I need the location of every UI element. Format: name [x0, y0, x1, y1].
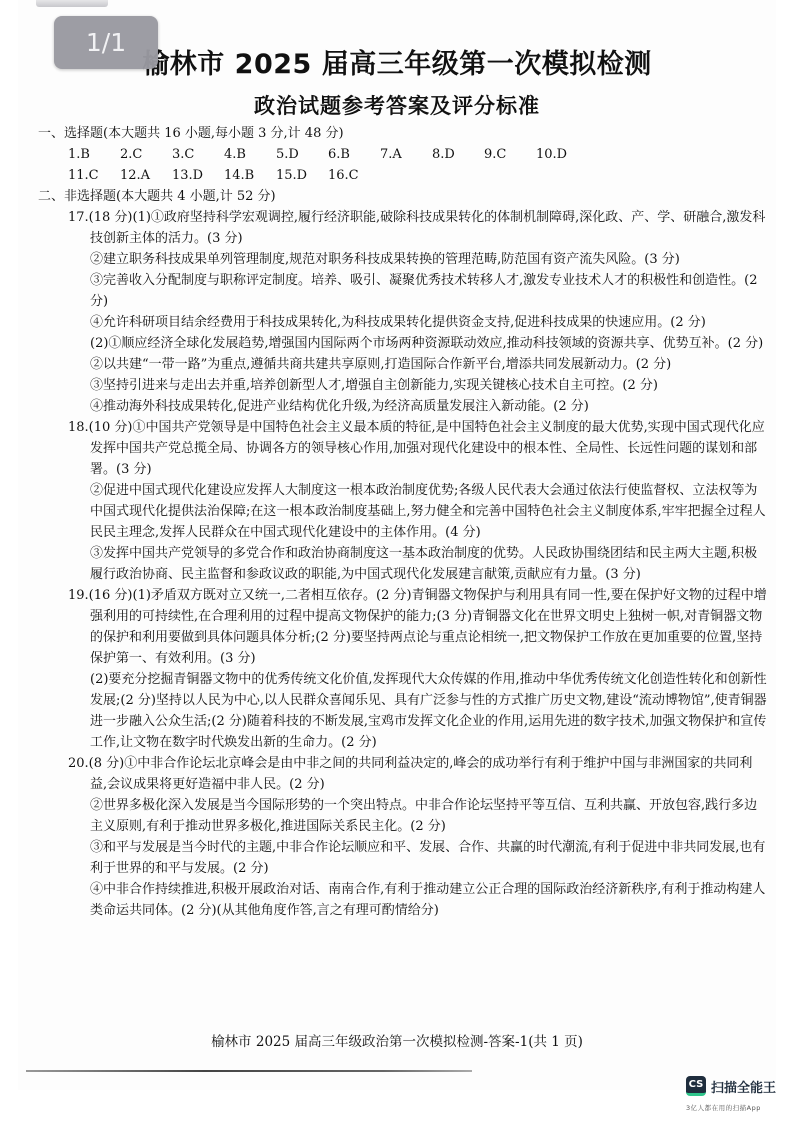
q18-point3: ③发挥中国共产党领导的多党合作和政治协商制度这一基本政治制度的优势。人民政协围绕…	[68, 543, 768, 585]
mc-answer: 15.D	[276, 165, 328, 186]
mc-answer: 5.D	[276, 144, 328, 165]
q20-point3: ③和平与发展是当今时代的主题,中非合作论坛顺应和平、发展、合作、共赢的时代潮流,…	[68, 837, 768, 879]
mc-answer: 16.C	[328, 165, 380, 186]
question-20: 20.(8 分)①中非合作论坛北京峰会是由中非之间的共同利益决定的,峰会的成功举…	[68, 753, 768, 921]
mc-answer: 10.D	[536, 144, 588, 165]
q19-part1: 19.(16 分)(1)矛盾双方既对立又统一,二者相互依存。(2 分)青铜器文物…	[68, 585, 768, 669]
mc-answer: 8.D	[432, 144, 484, 165]
camscanner-tagline: 3亿人都在用的扫描App	[686, 1103, 761, 1112]
document-body: 一、选择题(本大题共 16 小题,每小题 3 分,计 48 分) 1.B 2.C…	[38, 123, 768, 921]
viewer-top-handle[interactable]	[36, 0, 108, 7]
section-2-heading: 二、非选择题(本大题共 4 小题,计 52 分)	[38, 186, 768, 207]
camscanner-app-name: 扫描全能王	[711, 1077, 776, 1096]
camscanner-watermark: CS 扫描全能王	[686, 1076, 776, 1096]
document-subtitle: 政治试题参考答案及评分标准	[0, 90, 794, 120]
q19-part2: (2)要充分挖掘青铜器文物中的优秀传统文化价值,发挥现代大众传媒的作用,推动中华…	[68, 669, 768, 753]
q17-part2-point1: (2)①顺应经济全球化发展趋势,增强国内国际两个市场两种资源联动效应,推动科技领…	[68, 333, 768, 354]
mc-answers-row-2: 11.C 12.A 13.D 14.B 15.D 16.C	[68, 165, 768, 186]
q18-point1: 18.(10 分)①中国共产党领导是中国特色社会主义最本质的特征,是中国特色社会…	[68, 417, 768, 480]
q20-point1: 20.(8 分)①中非合作论坛北京峰会是由中非之间的共同利益决定的,峰会的成功举…	[68, 753, 768, 795]
camscanner-logo-icon: CS	[686, 1076, 706, 1096]
q20-point2: ②世界多极化深入发展是当今国际形势的一个突出特点。中非合作论坛坚持平等互信、互利…	[68, 795, 768, 837]
mc-answer: 12.A	[120, 165, 172, 186]
q17-part2-point2: ②以共建“一带一路”为重点,遵循共商共建共享原则,打造国际合作新平台,增添共同发…	[68, 354, 768, 375]
q17-part1-point1: 17.(18 分)(1)①政府坚持科学宏观调控,履行经济职能,破除科技成果转化的…	[68, 207, 768, 249]
mc-answers-row-1: 1.B 2.C 3.C 4.B 5.D 6.B 7.A 8.D 9.C 10.D	[68, 144, 768, 165]
q17-part2-point4: ④推动海外科技成果转化,促进产业结构优化升级,为经济高质量发展注入新动能。(2 …	[68, 396, 768, 417]
question-17: 17.(18 分)(1)①政府坚持科学宏观调控,履行经济职能,破除科技成果转化的…	[68, 207, 768, 417]
q17-part2-point3: ③坚持引进来与走出去并重,培养创新型人才,增强自主创新能力,实现关键核心技术自主…	[68, 375, 768, 396]
mc-answer: 6.B	[328, 144, 380, 165]
section-1-heading: 一、选择题(本大题共 16 小题,每小题 3 分,计 48 分)	[38, 123, 768, 144]
mc-answer: 11.C	[68, 165, 120, 186]
q20-point4: ④中非合作持续推进,积极开展政治对话、南南合作,有利于推动建立公正合理的国际政治…	[68, 879, 768, 921]
mc-answer: 7.A	[380, 144, 432, 165]
question-18: 18.(10 分)①中国共产党领导是中国特色社会主义最本质的特征,是中国特色社会…	[68, 417, 768, 585]
q17-part1-point3: ③完善收入分配制度与职称评定制度。培养、吸引、凝聚优秀技术转移人才,激发专业技术…	[68, 270, 768, 312]
page-footer: 榆林市 2025 届高三年级政治第一次模拟检测-答案-1(共 1 页)	[0, 1030, 794, 1050]
page-indicator-badge[interactable]: 1/1	[54, 16, 158, 69]
q17-part1-point4: ④允许科研项目结余经费用于科技成果转化,为科技成果转化提供资金支持,促进科技成果…	[68, 312, 768, 333]
mc-answer: 4.B	[224, 144, 276, 165]
question-19: 19.(16 分)(1)矛盾双方既对立又统一,二者相互依存。(2 分)青铜器文物…	[68, 585, 768, 753]
mc-answer: 3.C	[172, 144, 224, 165]
q17-part1-point2: ②建立职务科技成果单列管理制度,规范对职务科技成果转换的管理范畴,防范国有资产流…	[68, 249, 768, 270]
q18-point2: ②促进中国式现代化建设应发挥人大制度这一根本政治制度优势;各级人民代表大会通过依…	[68, 480, 768, 543]
mc-answer: 13.D	[172, 165, 224, 186]
mc-answer: 2.C	[120, 144, 172, 165]
mc-answer: 1.B	[68, 144, 120, 165]
mc-answer: 14.B	[224, 165, 276, 186]
scan-edge-line	[26, 1070, 472, 1072]
mc-answer: 9.C	[484, 144, 536, 165]
